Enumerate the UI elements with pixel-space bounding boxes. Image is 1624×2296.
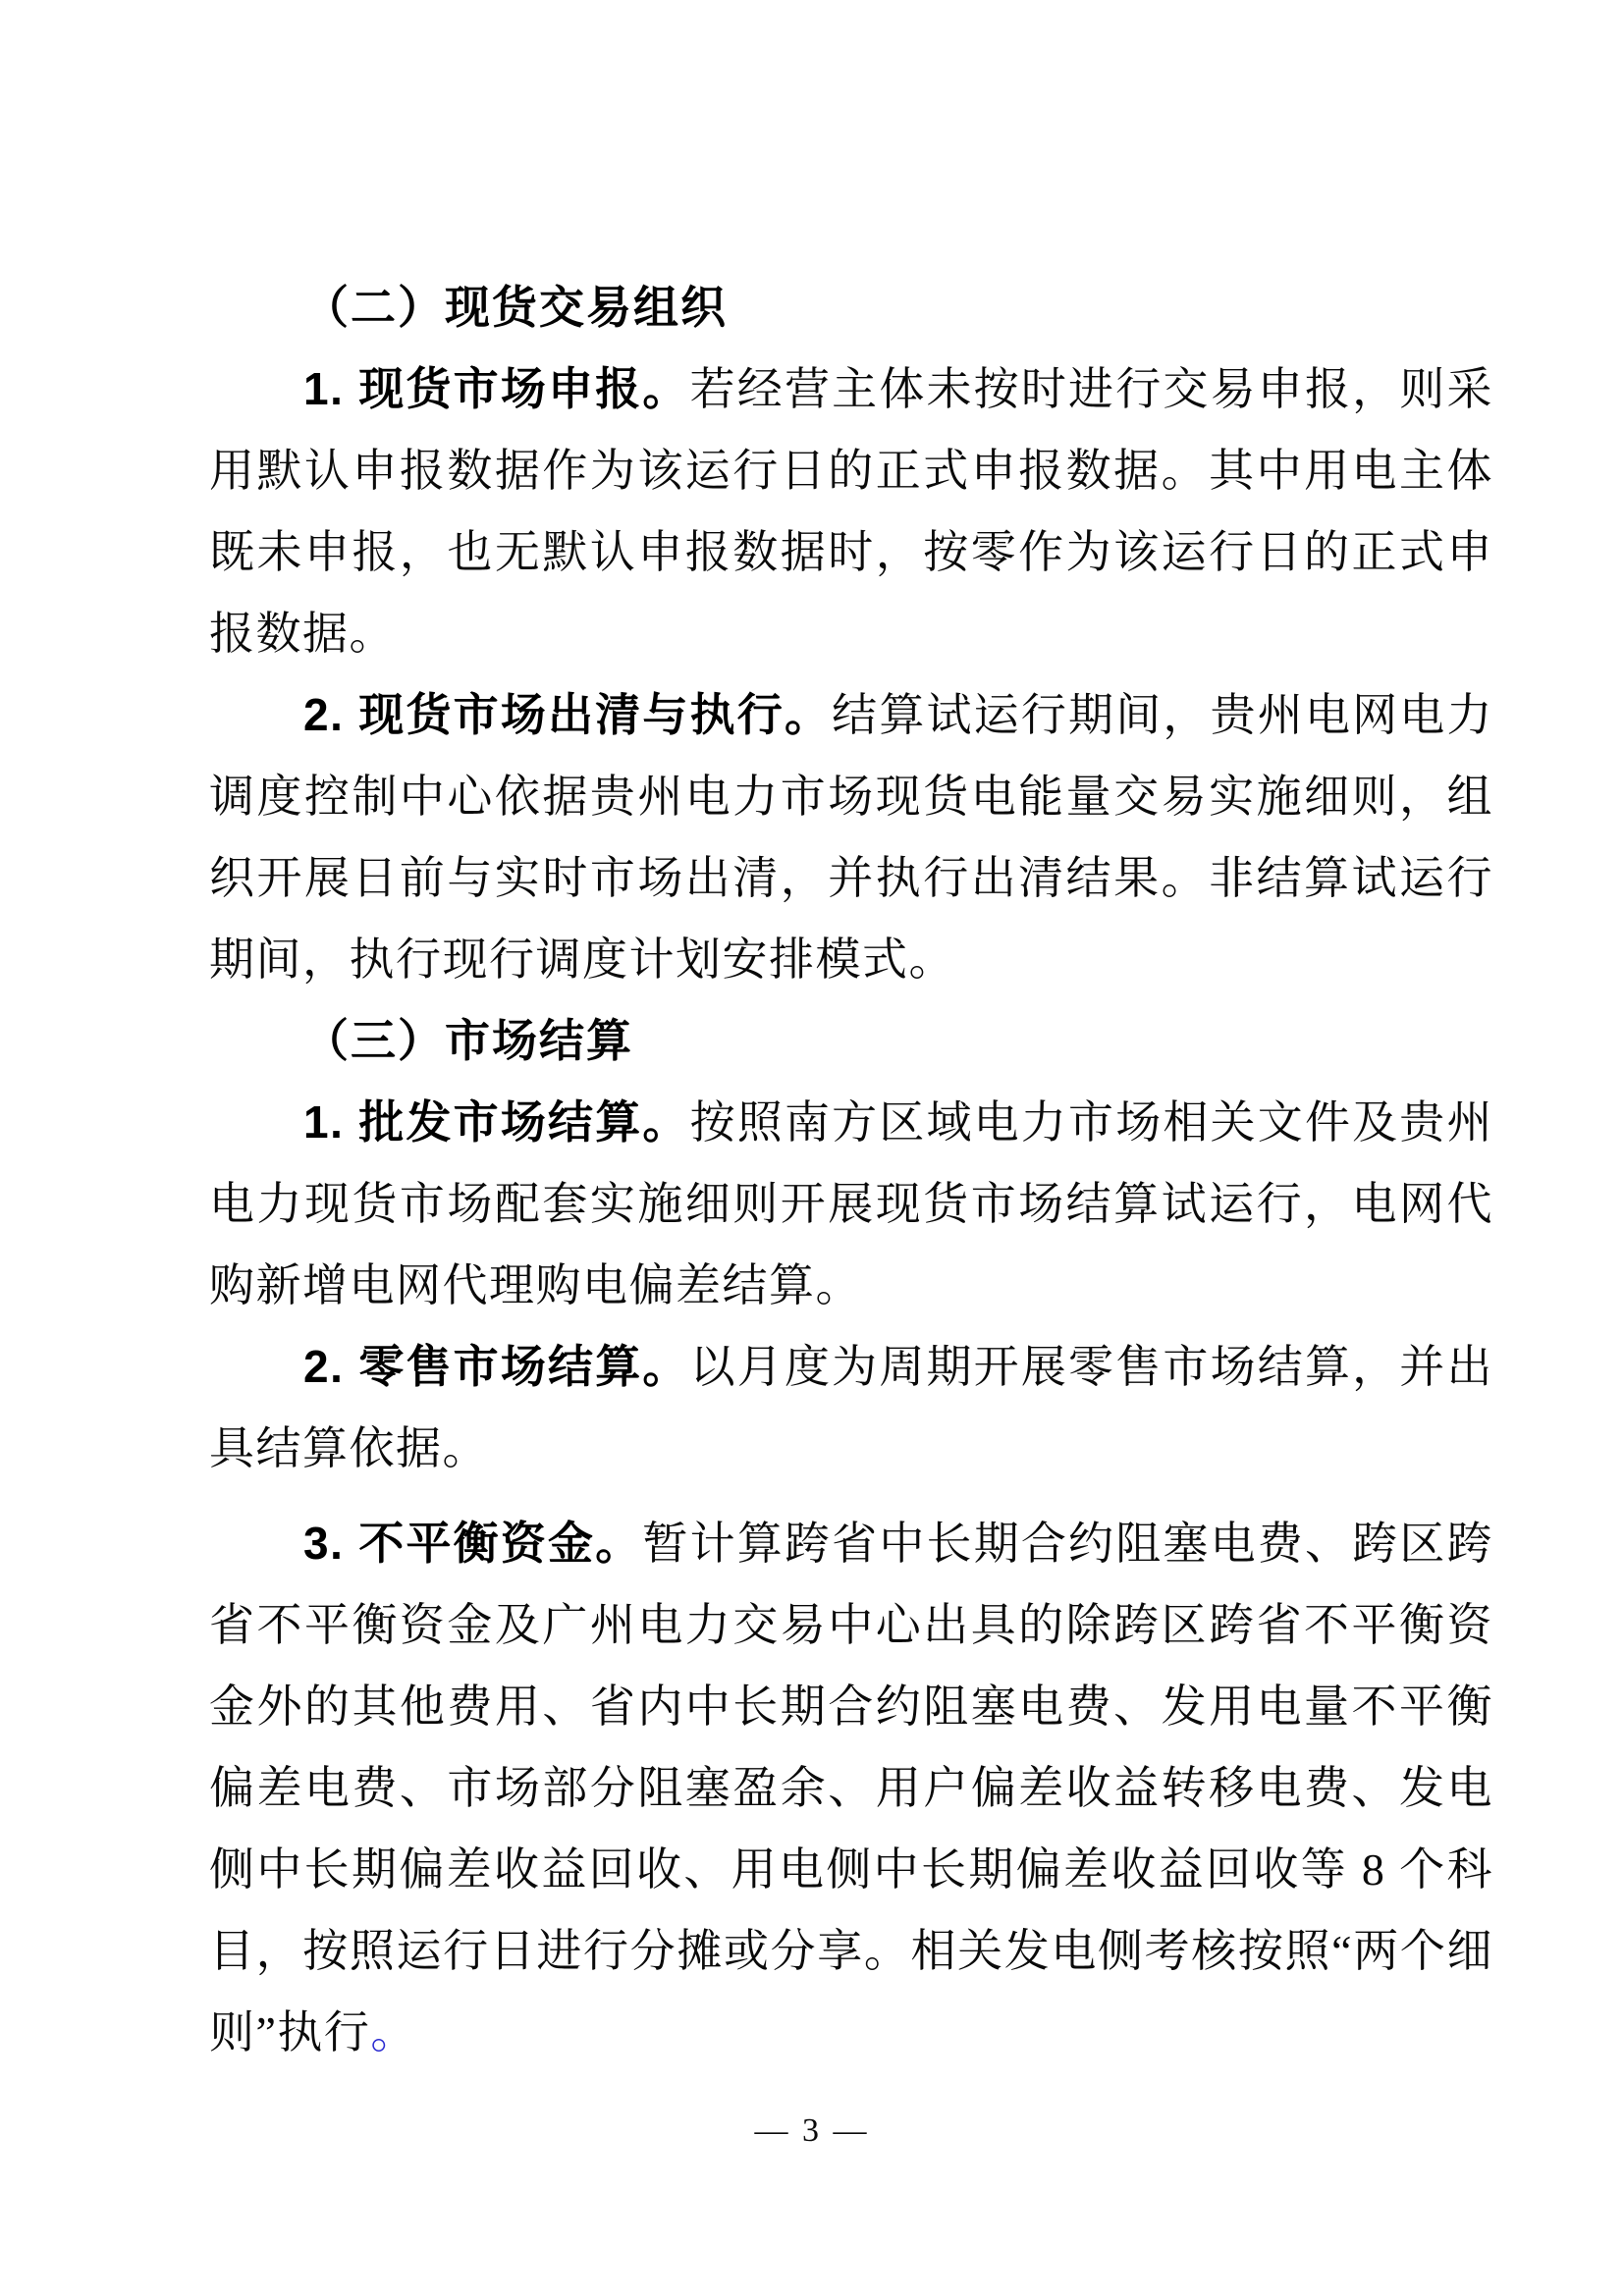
document-page: { "colors": { "text": "#0a0a0a", "backgr… [0, 0, 1624, 2296]
paragraph-lead-label: 2. 现货市场出清与执行。 [303, 689, 832, 740]
paragraph-lead-label: 1. 现货市场申报。 [303, 363, 690, 414]
paragraph-wholesale-settlement: 1. 批发市场结算。按照南方区域电力市场相关文件及贵州电力现货市场配套实施细则开… [209, 1082, 1493, 1326]
paragraph-unbalanced-funds: 3. 不平衡资金。暂计算跨省中长期合约阻塞电费、跨区跨省不平衡资金及广州电力交易… [209, 1503, 1493, 2073]
section-heading-market-settlement: （三）市场结算 [209, 1000, 1493, 1082]
paragraph-retail-settlement: 2. 零售市场结算。以月度为周期开展零售市场结算，并出具结算依据。 [209, 1326, 1493, 1489]
section-heading-spot-trading-organization: （二）现货交易组织 [209, 267, 1493, 348]
paragraph-lead-label: 3. 不平衡资金。 [303, 1518, 642, 1569]
paragraph-body-text: 暂计算跨省中长期合约阻塞电费、跨区跨省不平衡资金及广州电力交易中心出具的除跨区跨… [209, 1519, 1493, 2057]
paragraph-lead-label: 2. 零售市场结算。 [303, 1341, 690, 1392]
paragraph-lead-label: 1. 批发市场结算。 [303, 1096, 690, 1148]
paragraph-spot-market-declaration: 1. 现货市场申报。若经营主体未按时进行交易申报，则采用默认申报数据作为该运行日… [209, 348, 1493, 674]
document-body: （二）现货交易组织 1. 现货市场申报。若经营主体未按时进行交易申报，则采用默认… [209, 267, 1493, 2073]
page-number: — 3 — [0, 2112, 1624, 2150]
paragraph-spot-market-clearing: 2. 现货市场出清与执行。结算试运行期间，贵州电网电力调度控制中心依据贵州电力市… [209, 674, 1493, 1000]
blue-final-period: 。 [370, 2007, 417, 2057]
